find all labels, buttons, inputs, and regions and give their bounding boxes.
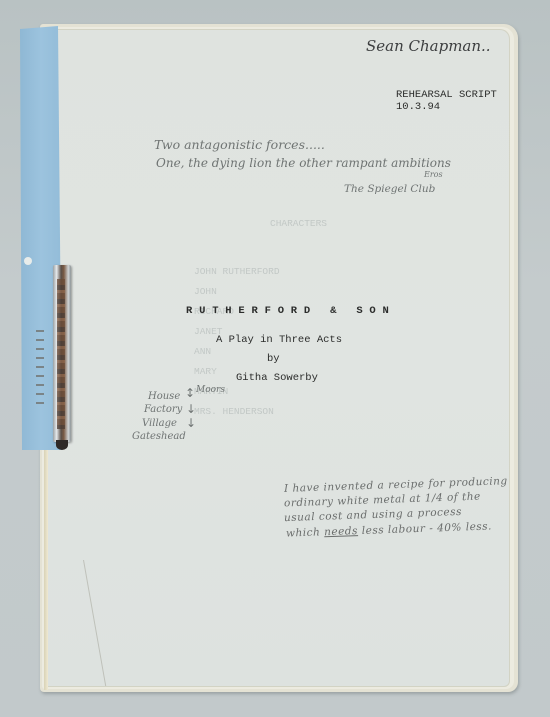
clip-end <box>56 440 68 450</box>
ghost-row: MRS. HENDERSON <box>194 406 274 417</box>
note-line-4-underlined: needs <box>324 525 358 538</box>
header-date: 10.3.94 <box>396 101 440 113</box>
note-line-4-pre: which <box>286 526 321 539</box>
ghost-row: JOHN RUTHERFORD <box>194 266 280 277</box>
ghost-row: ANN <box>194 346 211 357</box>
moors-label: Moors <box>196 385 225 395</box>
arrow-down-icon: ↓ <box>186 402 196 416</box>
rust-marks <box>36 330 44 410</box>
annotation-line-2: One, the dying lion the other rampant am… <box>156 156 451 170</box>
arrow-up-icon: ↕ <box>185 386 195 400</box>
arrow-down-icon: ↓ <box>186 416 196 430</box>
by-label: by <box>267 353 280 365</box>
annotation-insert: Eros <box>424 170 443 179</box>
annotation-insert-line: The Spiegel Club <box>344 183 435 195</box>
signature: Sean Chapman.. <box>366 37 491 55</box>
ghost-heading: CHARACTERS <box>270 218 327 229</box>
location-item: Village <box>142 418 177 429</box>
note-line-4-post: less labour - 40% less. <box>362 520 493 537</box>
author-name: Githa Sowerby <box>236 372 318 384</box>
location-item: Factory <box>144 404 182 415</box>
play-subtitle: A Play in Three Acts <box>216 334 342 346</box>
location-item: House <box>148 391 180 402</box>
binder-hole <box>24 257 32 265</box>
location-item: Gateshead <box>132 431 186 442</box>
annotation-line-1: Two antagonistic forces..... <box>154 137 325 152</box>
cover-page: CHARACTERS JOHN RUTHERFORD JOHN RICHARD … <box>44 29 510 687</box>
play-title: RUTHERFORD & SON <box>186 305 396 317</box>
ghost-row: MARY <box>194 366 217 377</box>
ghost-row: JOHN <box>194 286 217 297</box>
metal-clip <box>53 265 71 442</box>
header-label: REHEARSAL SCRIPT <box>396 89 497 101</box>
